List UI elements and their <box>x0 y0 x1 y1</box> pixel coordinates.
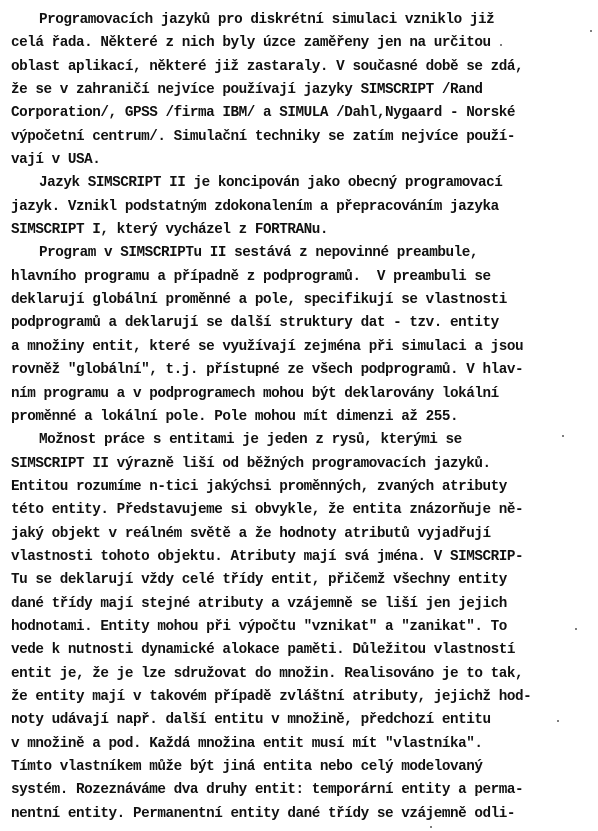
paragraph-first-line: Program v SIMSCRIPTu II sestává z nepovi… <box>11 242 598 265</box>
text-line: této entity. Představujeme si obvykle, ž… <box>11 499 598 522</box>
text-line: celá řada. Některé z nich byly úzce zamě… <box>11 32 598 55</box>
text-line: proměnné a lokální pole. Pole mohou mít … <box>11 406 598 429</box>
text-line: noty udávají např. další entitu v množin… <box>11 709 598 732</box>
text-line: ním programu a v podprogramech mohou být… <box>11 383 598 406</box>
text-line: rovněž "globální", t.j. přístupné ze vše… <box>11 359 598 382</box>
text-line: výpočetní centrum/. Simulační techniky s… <box>11 126 598 149</box>
text-line: entit je, že je lze sdružovat do množin.… <box>11 663 598 686</box>
text-line: jaký objekt v reálném světě a že hodnoty… <box>11 523 598 546</box>
text-line: SIMSCRIPT I, který vycházel z FORTRANu. <box>11 219 598 242</box>
paragraph-first-line: Programovacích jazyků pro diskrétní simu… <box>11 9 598 32</box>
scan-speck <box>590 30 592 32</box>
text-line: jazyk. Vznikl podstatným zdokonalením a … <box>11 196 598 219</box>
text-line: že se v zahraničí nejvíce používají jazy… <box>11 79 598 102</box>
text-line: systém. Rozeznáváme dva druhy entit: tem… <box>11 779 598 802</box>
text-line: v množině a pod. Každá množina entit mus… <box>11 733 598 756</box>
scan-speck <box>575 628 577 630</box>
text-line: že entity mají v takovém případě zvláštn… <box>11 686 598 709</box>
text-line: a množiny entit, které se využívají zejm… <box>11 336 598 359</box>
text-line: nentní entity. Permanentní entity dané t… <box>11 803 598 826</box>
paragraph-first-line: Možnost práce s entitami je jeden z rysů… <box>11 429 598 452</box>
text-line: vají v USA. <box>11 149 598 172</box>
document-text-body: Programovacích jazyků pro diskrétní simu… <box>11 9 598 826</box>
text-line: dané třídy mají stejné atributy a vzájem… <box>11 593 598 616</box>
text-line: Tu se deklarují vždy celé třídy entit, p… <box>11 569 598 592</box>
scanned-document-page: Programovacích jazyků pro diskrétní simu… <box>0 0 598 831</box>
scan-speck <box>557 720 559 722</box>
scan-speck <box>430 826 432 828</box>
text-line: podprogramů a deklarují se další struktu… <box>11 312 598 335</box>
text-line: vlastnosti tohoto objektu. Atributy mají… <box>11 546 598 569</box>
text-line: deklarují globální proměnné a pole, spec… <box>11 289 598 312</box>
text-line: hodnotami. Entity mohou při výpočtu "vzn… <box>11 616 598 639</box>
text-line: vede k nutnosti dynamické alokace paměti… <box>11 639 598 662</box>
paragraph-first-line: Jazyk SIMSCRIPT II je koncipován jako ob… <box>11 172 598 195</box>
text-line: oblast aplikací, některé již zastaraly. … <box>11 56 598 79</box>
text-line: Corporation/, GPSS /firma IBM/ a SIMULA … <box>11 102 598 125</box>
scan-speck <box>500 44 502 46</box>
text-line: Tímto vlastníkem může být jiná entita ne… <box>11 756 598 779</box>
scan-speck <box>236 62 238 64</box>
text-line: Entitou rozumíme n-tici jakýchsi proměnn… <box>11 476 598 499</box>
text-line: SIMSCRIPT II výrazně liší od běžných pro… <box>11 453 598 476</box>
text-line: hlavního programu a případně z podprogra… <box>11 266 598 289</box>
scan-speck <box>562 435 564 437</box>
